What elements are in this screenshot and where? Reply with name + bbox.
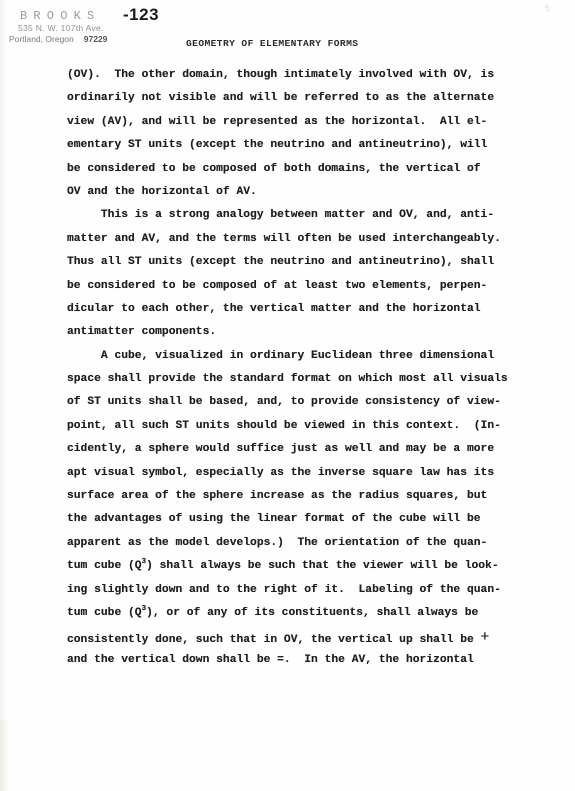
text-line: matter and AV, and the terms will often … [67, 228, 547, 251]
text-line-plus: consistently done, such that in OV, the … [67, 625, 547, 648]
text-line: point, all such ST units should be viewe… [67, 415, 547, 438]
text-line: ementary ST units (except the neutrino a… [67, 134, 547, 157]
text-line: the advantages of using the linear forma… [67, 508, 547, 531]
text-line: cidently, a sphere would suffice just as… [67, 438, 547, 461]
text-line: OV and the horizontal of AV. [67, 181, 547, 204]
text-segment: tum cube (Q [67, 607, 142, 619]
body-text: (OV). The other domain, though intimatel… [67, 64, 547, 672]
stamp-city-line: Portland, Oregon97229 [9, 34, 107, 44]
text-line: and the vertical down shall be =. In the… [67, 649, 547, 672]
text-line: be considered to be composed of at least… [67, 275, 547, 298]
stamp-city: Portland, Oregon [9, 34, 74, 44]
stamp-street-address: 535 N. W. 107th Ave. [18, 23, 104, 33]
text-segment: tum cube (Q [67, 560, 142, 572]
text-line: be considered to be composed of both dom… [67, 158, 547, 181]
text-line: view (AV), and will be represented as th… [67, 111, 547, 134]
text-line-q3-second: tum cube (Q3), or of any of its constitu… [67, 602, 547, 625]
handwritten-plus-symbol: + [481, 628, 490, 645]
text-line: ordinarily not visible and will be refer… [67, 87, 547, 110]
text-segment: ), or of any of its constituents, shall … [146, 607, 478, 619]
text-line: ing slightly down and to the right of it… [67, 579, 547, 602]
text-line: antimatter components. [67, 321, 547, 344]
text-line: A cube, visualized in ordinary Euclidean… [67, 345, 547, 368]
text-line: This is a strong analogy between matter … [67, 204, 547, 227]
page-edge-shadow-bottom [0, 720, 8, 791]
faint-corner-mark: 5 [544, 3, 551, 14]
text-line: (OV). The other domain, though intimatel… [67, 64, 547, 87]
document-page: BROOKS -123 535 N. W. 107th Ave. Portlan… [0, 0, 575, 791]
stamp-name: BROOKS [20, 9, 100, 23]
text-line: apt visual symbol, especially as the inv… [67, 462, 547, 485]
page-title: GEOMETRY OF ELEMENTARY FORMS [186, 38, 358, 49]
text-line: Thus all ST units (except the neutrino a… [67, 251, 547, 274]
text-line: surface area of the sphere increase as t… [67, 485, 547, 508]
page-edge-shadow [0, 0, 6, 791]
handwritten-reference-number: -123 [123, 5, 159, 25]
text-segment: consistently done, such that in OV, the … [67, 634, 481, 646]
text-line: apparent as the model develops.) The ori… [67, 532, 547, 555]
text-line: dicular to each other, the vertical matt… [67, 298, 547, 321]
text-line: space shall provide the standard format … [67, 368, 547, 391]
text-segment: ) shall always be such that the viewer w… [146, 560, 499, 572]
text-line: of ST units shall be based, and, to prov… [67, 391, 547, 414]
text-line-q3-first: tum cube (Q3) shall always be such that … [67, 555, 547, 578]
stamp-zip: 97229 [84, 34, 108, 44]
